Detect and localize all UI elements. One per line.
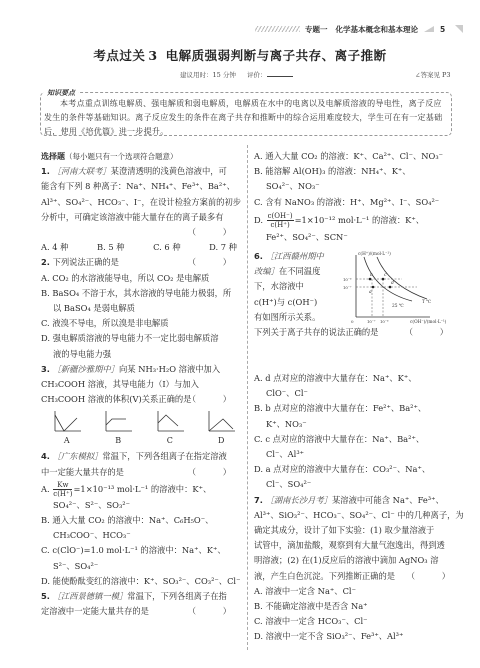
- svg-text:c: c: [384, 273, 387, 278]
- rating-label: 评价：: [247, 71, 267, 79]
- triangle-decoration: [424, 26, 434, 32]
- question-text: 某澄清透明的浅黄色溶液中，可: [111, 166, 227, 176]
- option-prefix: A.: [41, 484, 50, 494]
- question-text: 向某 NH₃·H₂O 溶液中加入: [119, 364, 220, 374]
- question-text: 常温下，下列各组离子在指定溶液: [102, 451, 226, 461]
- option-prefix: D.: [254, 464, 263, 474]
- x-tick: 10⁻⁷: [367, 319, 376, 324]
- option-prefix: B.: [254, 403, 263, 413]
- option-d[interactable]: D. 强电解质溶液的导电能力不一定比弱电解质溶: [41, 331, 247, 346]
- question-text: 分析中，可确定该溶液中能大量存在的离子最多有: [41, 210, 247, 225]
- question-text: 在不同温度: [279, 266, 321, 276]
- answer-reference: ∠答案见 P3: [415, 70, 451, 79]
- graph-label: D: [218, 435, 224, 447]
- option-d-cont: Cl⁻、SO₄²⁻: [254, 477, 466, 492]
- option-prefix: C.: [254, 434, 263, 444]
- option-text: a 点对应的溶液中大量存在：CO₃²⁻、Na⁺、: [266, 464, 431, 474]
- option-text: =1×10⁻¹² mol·L⁻¹ 的溶液：K⁺、: [295, 215, 424, 225]
- column-divider: [247, 145, 248, 650]
- question-5: 5. ［江西景德镇一模］常温下，下列各组离子在指 （ ）定溶液中一定能大量共存的…: [41, 589, 247, 619]
- option-prefix: D.: [41, 576, 50, 586]
- page-header: 专题一 化学基本概念和基本理论 5: [255, 23, 465, 35]
- question-6: 6. ［江西赣州期中 改编］在不同温度 下，水溶液中 c(H⁺)与 c(OH⁻)…: [254, 249, 466, 493]
- frac-num: c(OH⁻): [267, 212, 294, 221]
- key-points-text: 本考点重点训练电解质、强电解质和弱电解质，电解质在水中的电离以及电解质溶液的导电…: [44, 97, 448, 139]
- option-a[interactable]: A. Kwc(H⁺)=1×10⁻¹³ mol·L⁻¹ 的溶液中：K⁺、: [41, 480, 247, 498]
- question-text: 中一定能大量共存的是: [41, 467, 124, 477]
- corner-decoration: [455, 25, 463, 33]
- ion-product-chart: b c a d c(H⁺)/(mol·L⁻¹) 10⁻⁶ 10⁻⁷ 10⁻⁷ 1…: [342, 249, 467, 331]
- option-text: 通入大量 CO₂ 的溶液中：Na⁺、C₆H₅O⁻、: [52, 515, 213, 525]
- option-text: c 点对应的溶液中大量存在：Na⁺、Ba²⁺、: [265, 434, 424, 444]
- option-c-cont: Cl⁻、Al³⁺: [254, 447, 466, 462]
- question-text: CH₃COOH 溶液的体积(V)关系正确的是: [41, 394, 191, 404]
- option-c[interactable]: C. 6 种: [153, 240, 181, 255]
- question-text: 常温下，下列各组离子在指: [127, 591, 227, 601]
- graph-b-icon: [102, 409, 134, 435]
- svg-text:a: a: [369, 290, 372, 295]
- question-text: Al³⁺、SiO₃²⁻、HCO₃⁻、SO₄²⁻、Cl⁻ 中的几种离子，为: [254, 508, 466, 523]
- frac-den: c(H⁺): [53, 490, 72, 498]
- option-d-cont: 液的导电能力强: [41, 347, 247, 362]
- option-c[interactable]: C. c(ClO⁻)=1.0 mol·L⁻¹ 的溶液中：Na⁺、K⁺、: [41, 543, 247, 558]
- question-2: （ ）2. 下列说法正确的是 A. CO₂ 的水溶液能导电，所以 CO₂ 是电解…: [41, 255, 247, 361]
- options-row: A. 4 种 B. 5 种 C. 6 种 D. 7 种: [41, 240, 247, 255]
- question-text: 下，水溶液中: [254, 279, 338, 294]
- page-title: 考点过关3电解质强弱判断与离子共存、离子推断: [0, 46, 480, 64]
- question-text: 确定其成分，设计了如下实验：(1) 取少量溶液于: [254, 523, 466, 538]
- hatch-decoration: [255, 26, 300, 32]
- question-text: 有如图所示关系。: [254, 310, 338, 325]
- option-c[interactable]: C. c 点对应的溶液中大量存在：Na⁺、Ba²⁺、: [254, 432, 466, 447]
- option-a[interactable]: A. CO₂ 的水溶液能导电，所以 CO₂ 是电解质: [41, 271, 247, 286]
- answer-blank[interactable]: （ ）: [188, 225, 247, 240]
- question-source-cont: 改编］: [254, 266, 279, 276]
- question-text: 液，产生白色沉淀。下列推断正确的是: [254, 571, 395, 581]
- answer-ref-text: 答案见 P3: [420, 71, 450, 79]
- graph-label: C: [167, 435, 173, 447]
- section-title: 选择题（每小题只有一个选项符合题意）: [41, 149, 247, 164]
- right-column: A. 通入大量 CO₂ 的溶液：K⁺、Ca²⁺、Cl⁻、NO₃⁻ B. 能溶解 …: [254, 149, 466, 645]
- graph-label: B: [115, 435, 121, 447]
- title-prefix: 考点过关: [93, 48, 145, 63]
- option-c[interactable]: C. 含有 NaNO₃ 的溶液：H⁺、Mg²⁺、I⁻、SO₄²⁻: [254, 195, 466, 210]
- option-d[interactable]: D. 7 种: [209, 240, 237, 255]
- option-text: 能使酚酞变红的溶液中：K⁺、SO₃²⁻、CO₃²⁻、Cl⁻: [53, 576, 241, 586]
- origin-label: 0: [351, 319, 354, 324]
- answer-blank[interactable]: （ ）: [188, 255, 247, 270]
- option-prefix: A.: [254, 373, 263, 383]
- svg-text:d: d: [391, 280, 394, 286]
- question-text: Al³⁺、SO₄²⁻、HCO₃⁻、I⁻，在设计检验方案前的初步: [41, 195, 247, 210]
- rating: 评价：: [247, 70, 293, 79]
- curve-label-t: T ℃: [422, 299, 431, 305]
- rating-blank[interactable]: [267, 76, 293, 77]
- option-prefix: C.: [254, 197, 263, 207]
- graph-d-icon: [205, 409, 237, 435]
- option-text: c(ClO⁻)=1.0 mol·L⁻¹ 的溶液中：Na⁺、K⁺、: [52, 545, 225, 555]
- question-number: 6.: [254, 251, 263, 261]
- question-5-options: A. 通入大量 CO₂ 的溶液：K⁺、Ca²⁺、Cl⁻、NO₃⁻ B. 能溶解 …: [254, 149, 466, 245]
- question-number: 4.: [41, 451, 50, 461]
- curve-label-25c: 25 ℃: [392, 303, 404, 309]
- fraction: c(OH⁻)c(H⁺): [267, 212, 294, 229]
- answer-blank[interactable]: （ ）: [188, 604, 247, 619]
- option-text: =1×10⁻¹³ mol·L⁻¹ 的溶液中：K⁺、: [73, 484, 211, 494]
- option-prefix: B.: [41, 515, 50, 525]
- option-b-cont: 以 BaSO₄ 是弱电解质: [41, 301, 247, 316]
- option-a[interactable]: A. 4 种: [41, 240, 68, 255]
- option-a[interactable]: A. 溶液中一定含 Na⁺、Cl⁻: [254, 584, 466, 599]
- graph-c-icon: [154, 409, 186, 435]
- option-a[interactable]: A. d 点对应的溶液中大量存在：Na⁺、K⁺、: [254, 371, 466, 386]
- option-a[interactable]: A. 通入大量 CO₂ 的溶液：K⁺、Ca²⁺、Cl⁻、NO₃⁻: [254, 149, 466, 164]
- question-text: 某溶液中可能含 Na⁺、Fe³⁺、: [332, 495, 444, 505]
- option-d[interactable]: D. 溶液中一定不含 SiO₃²⁻、Fe³⁺、Al³⁺: [254, 629, 466, 644]
- option-b-cont: K⁺、NO₃⁻: [254, 417, 466, 432]
- svg-text:b: b: [370, 272, 373, 278]
- answer-blank[interactable]: （ ）: [407, 569, 466, 584]
- question-number: 1.: [41, 166, 50, 176]
- question-text: 试管中，滴加盐酸，观察到有大量气泡逸出，得到透: [254, 538, 466, 553]
- option-b[interactable]: B. 5 种: [97, 240, 125, 255]
- option-d[interactable]: D. a 点对应的溶液中大量存在：CO₃²⁻、Na⁺、: [254, 462, 466, 477]
- question-source: ［江西赣州期中: [266, 251, 324, 261]
- option-prefix: B.: [254, 166, 263, 176]
- option-a-cont: ClO⁻、Cl⁻: [254, 386, 466, 401]
- option-text: 通入大量 CO₂ 的溶液：K⁺、Ca²⁺、Cl⁻、NO₃⁻: [265, 151, 443, 161]
- option-b-cont: SO₄²⁻、NO₃⁻: [254, 179, 466, 194]
- suggested-time: 建议用时：15 分钟: [180, 70, 236, 79]
- option-text: b 点对应的溶液中大量存在：Fe²⁺、Ba²⁺、: [265, 403, 426, 413]
- question-source: ［河南大联考］: [53, 166, 111, 176]
- option-b[interactable]: B. b 点对应的溶液中大量存在：Fe²⁺、Ba²⁺、: [254, 401, 466, 416]
- section-note: （每小题只有一个选项符合题意）: [65, 152, 178, 161]
- graph-option-b[interactable]: B: [101, 409, 135, 449]
- question-4: 4. ［广东模拟］常温下，下列各组离子在指定溶液 （ ）中一定能大量共存的是 A…: [41, 449, 247, 589]
- y-tick: 10⁻⁷: [343, 285, 352, 290]
- graph-option-a[interactable]: A: [50, 409, 84, 449]
- question-number: 5.: [41, 591, 50, 601]
- header-section: 专题一: [305, 24, 328, 35]
- x-tick: 10⁻⁶: [380, 319, 389, 324]
- option-b[interactable]: B. BaSO₄ 不溶于水，其水溶液的导电能力极弱，所: [41, 286, 247, 301]
- option-text: 能溶解 Al(OH)₃ 的溶液：NH₄⁺、K⁺、: [265, 166, 410, 176]
- option-prefix: C.: [41, 545, 50, 555]
- option-d[interactable]: D. c(OH⁻)c(H⁺)=1×10⁻¹² mol·L⁻¹ 的溶液：K⁺、: [254, 210, 466, 230]
- question-text: 能含有下列 8 种离子：Na⁺、NH₄⁺、Fe³⁺、Ba²⁺、: [41, 179, 247, 194]
- question-text: c(H⁺)与 c(OH⁻): [254, 295, 338, 310]
- graph-option-d[interactable]: D: [204, 409, 238, 449]
- option-b[interactable]: B. 能溶解 Al(OH)₃ 的溶液：NH₄⁺、K⁺、: [254, 164, 466, 179]
- y-tick: 10⁻⁶: [343, 277, 352, 282]
- graph-option-c[interactable]: C: [153, 409, 187, 449]
- option-text: d 点对应的溶液中大量存在：Na⁺、K⁺、: [265, 373, 416, 383]
- question-source: ［新疆沙雅期中］: [53, 364, 119, 374]
- question-3: 3. ［新疆沙雅期中］向某 NH₃·H₂O 溶液中加入 CH₃COOH 溶液，其…: [41, 362, 247, 450]
- page-number: 5: [440, 25, 445, 34]
- option-d[interactable]: D. 能使酚酞变红的溶液中：K⁺、SO₃²⁻、CO₃²⁻、Cl⁻: [41, 574, 247, 589]
- option-c[interactable]: C. 溶液中一定含 HCO₃⁻、Cl⁻: [254, 614, 466, 629]
- question-text: 下列说法正确的是: [53, 257, 119, 267]
- question-text: CH₃COOH 溶液，其导电能力（I）与加入: [41, 377, 247, 392]
- option-b[interactable]: B. 通入大量 CO₂ 的溶液中：Na⁺、C₆H₅O⁻、: [41, 513, 247, 528]
- answer-blank[interactable]: （ ）: [188, 392, 247, 407]
- question-source: ［广东模拟］: [53, 451, 103, 461]
- title-number: 3: [148, 48, 157, 63]
- question-text: 定溶液中一定能大量共存的是: [41, 606, 149, 616]
- graph-a-icon: [51, 409, 83, 435]
- left-column: 选择题（每小题只有一个选项符合题意） 1. ［河南大联考］某澄清透明的浅黄色溶液…: [41, 149, 247, 619]
- option-prefix: A.: [254, 151, 263, 161]
- option-d-cont: Fe²⁺、SO₄²⁻、SCN⁻: [254, 230, 466, 245]
- question-number: 3.: [41, 364, 50, 374]
- option-a-cont: SO₄²⁻、S²⁻、SO₃²⁻: [41, 498, 247, 513]
- x-axis-label: c(OH⁻)/(mol·L⁻¹): [410, 319, 447, 325]
- question-7: 7. ［湖南长沙月考］某溶液中可能含 Na⁺、Fe³⁺、 Al³⁺、SiO₃²⁻…: [254, 493, 466, 645]
- fraction: Kwc(H⁺): [53, 481, 72, 498]
- frac-den: c(H⁺): [267, 221, 294, 229]
- y-axis-label: c(H⁺)/(mol·L⁻¹): [358, 251, 391, 257]
- option-c[interactable]: C. 液溴不导电，所以溴是非电解质: [41, 316, 247, 331]
- option-c-cont: S²⁻、SO₄²⁻: [41, 559, 247, 574]
- question-number: 7.: [254, 495, 263, 505]
- question-source: ［湖南长沙月考］: [266, 495, 332, 505]
- question-text: 明溶液；(2) 在(1)反应后的溶液中滴加 AgNO₃ 溶: [254, 553, 466, 568]
- option-text: 含有 NaNO₃ 的溶液：H⁺、Mg²⁺、I⁻、SO₄²⁻: [265, 197, 439, 207]
- graph-options: A B C D: [41, 407, 247, 449]
- question-number: 2.: [41, 257, 50, 267]
- option-b-cont: CH₃COO⁻、HCO₃⁻: [41, 528, 247, 543]
- question-source: ［江西景德镇一模］: [53, 591, 128, 601]
- option-prefix: D.: [254, 215, 263, 225]
- frac-num: Kw: [53, 481, 72, 490]
- ion-product-graph: b c a d c(H⁺)/(mol·L⁻¹) 10⁻⁶ 10⁻⁷ 10⁻⁷ 1…: [342, 249, 467, 331]
- option-b[interactable]: B. 不能确定溶液中是否含 Na⁺: [254, 599, 466, 614]
- answer-blank[interactable]: （ ）: [188, 465, 247, 480]
- graph-label: A: [64, 435, 70, 447]
- title-text: 电解质强弱判断与离子共存、离子推断: [166, 48, 387, 63]
- header-section-title: 化学基本概念和基本理论: [336, 24, 419, 35]
- question-1: 1. ［河南大联考］某澄清透明的浅黄色溶液中，可 能含有下列 8 种离子：Na⁺…: [41, 164, 247, 255]
- section-title-text: 选择题: [41, 152, 65, 161]
